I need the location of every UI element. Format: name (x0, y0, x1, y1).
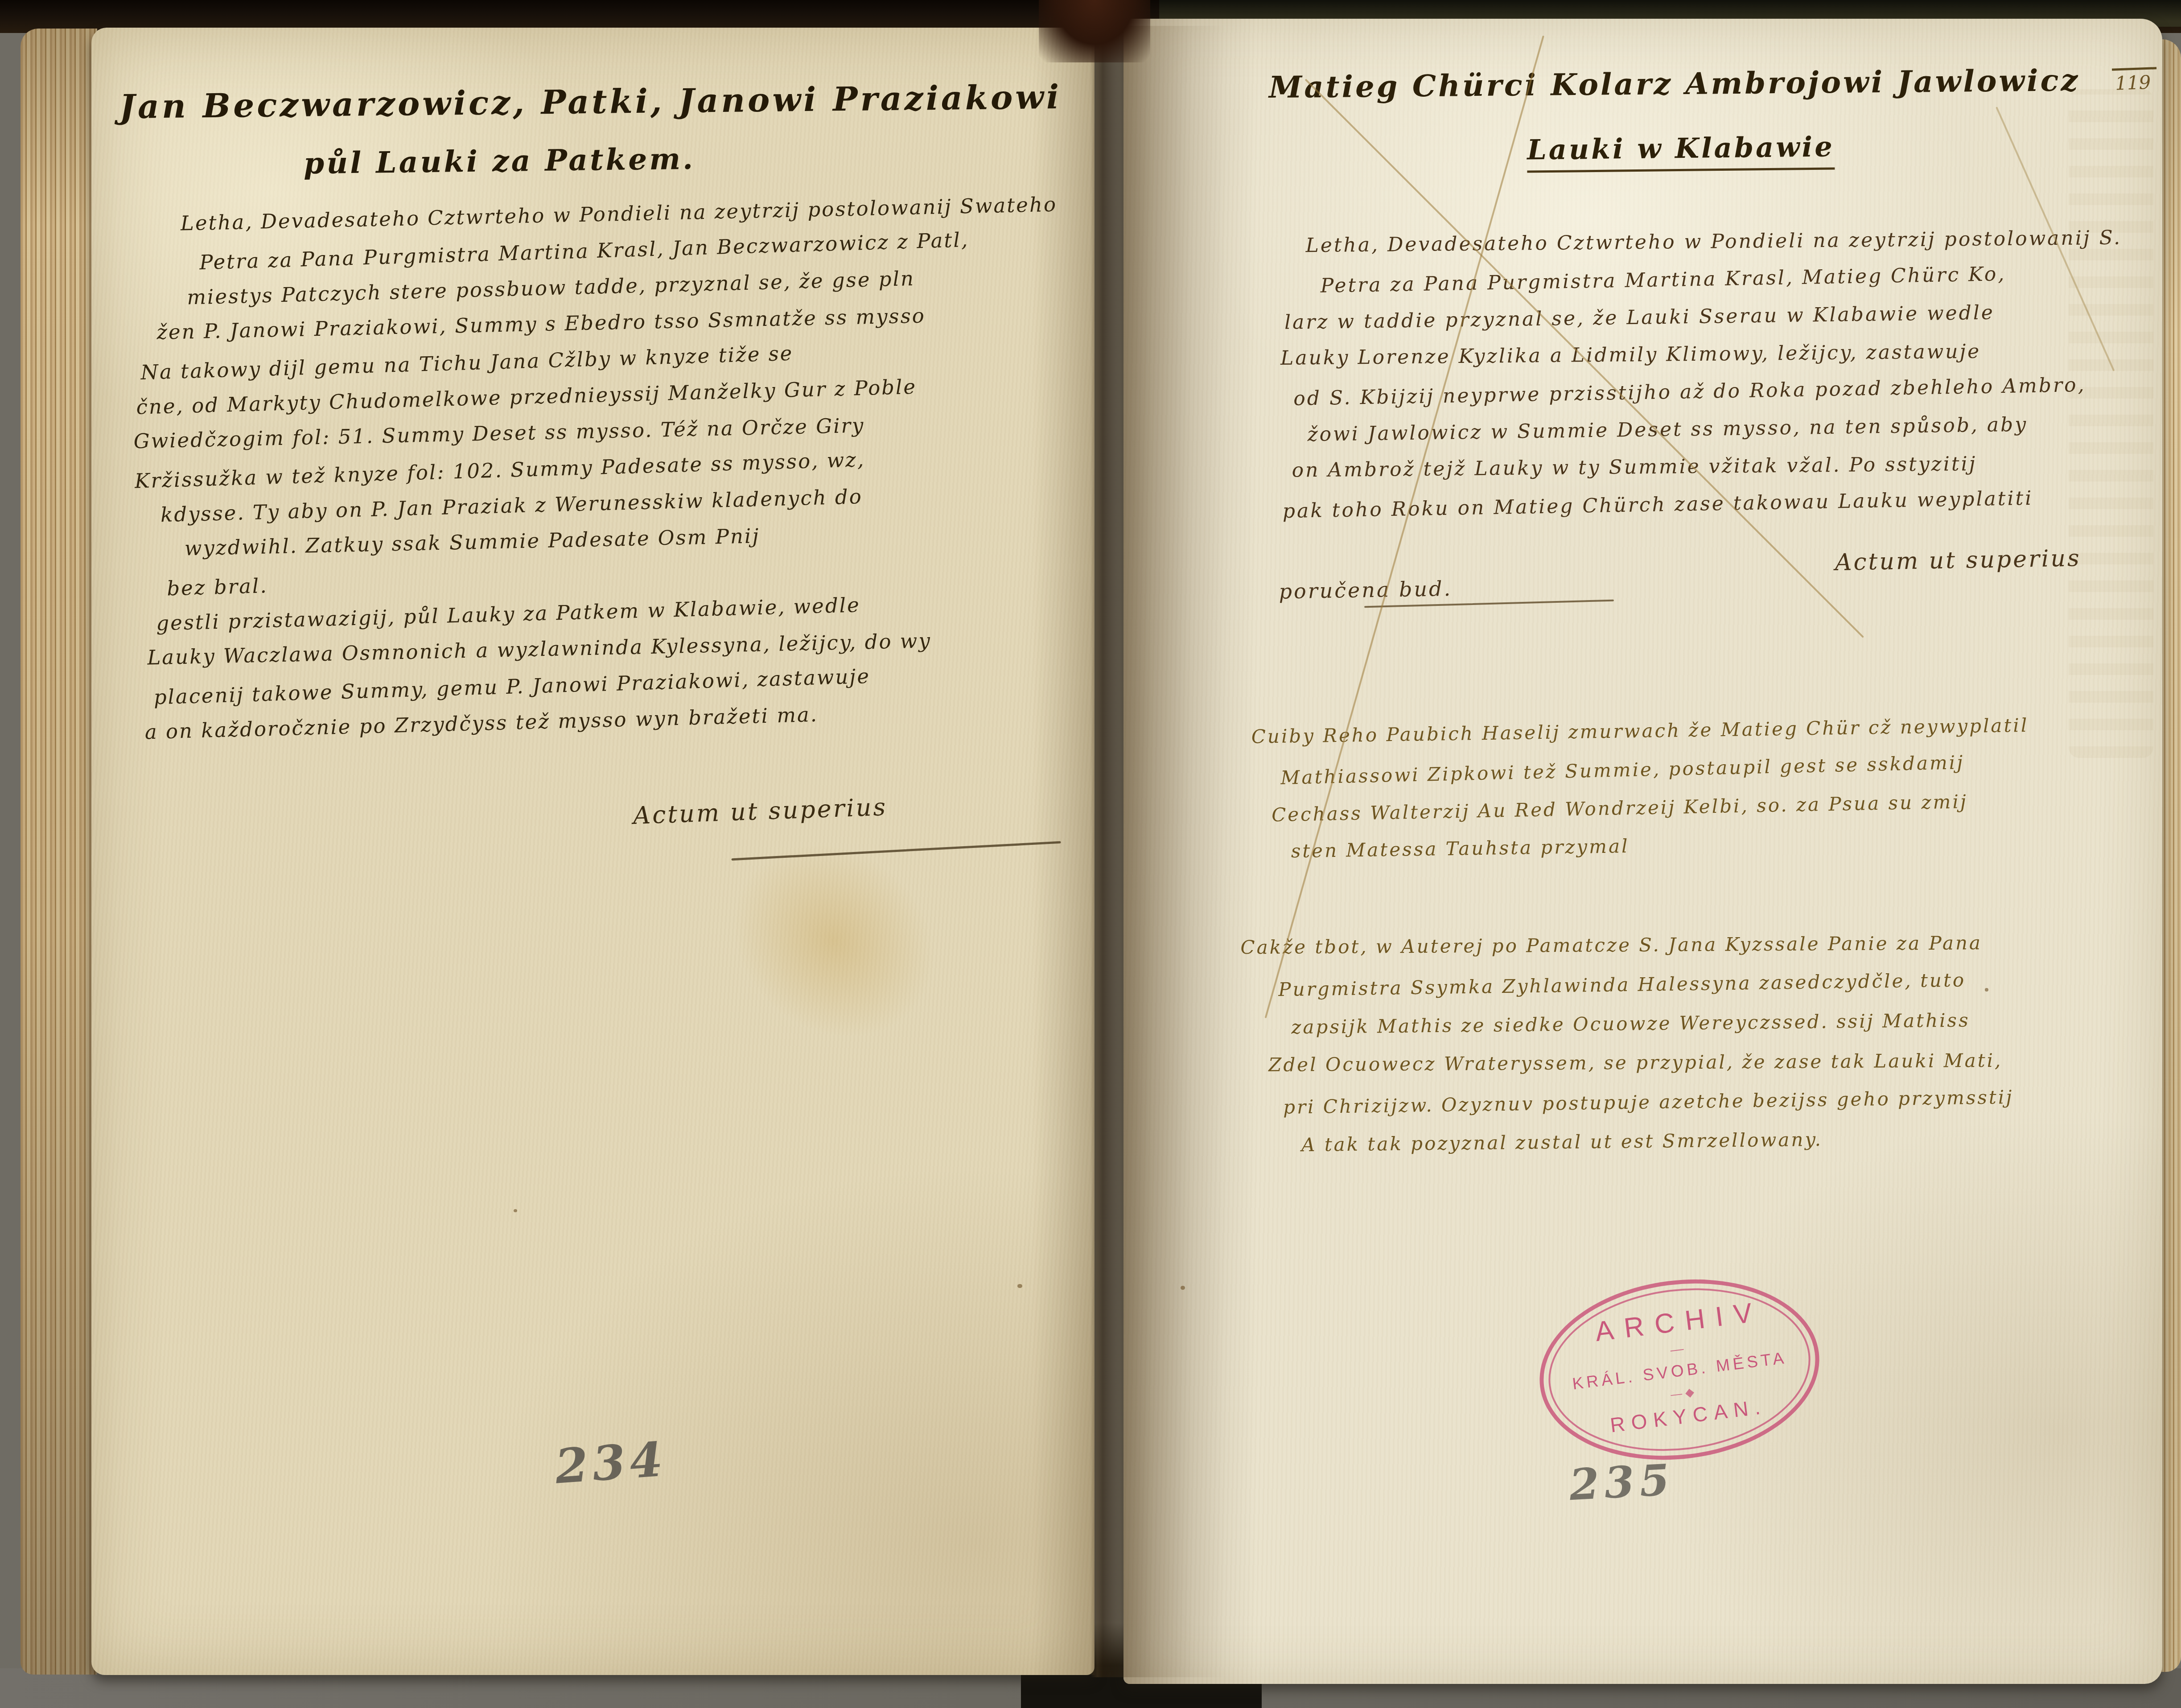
right-page-left-tail: poručena bud. (1279, 576, 1452, 604)
ink-speck (1181, 1286, 1185, 1290)
right-page-heading-line2: Lauki w Klabawie (1346, 128, 2016, 175)
right-page-second-paragraph: Cuiby Reho Paubich Haselij zmurwach že M… (1251, 703, 2110, 873)
right-page-third-paragraph: Cakže tbot, w Auterej po Pamatcze S. Jan… (1222, 921, 2107, 1165)
ink-speck (514, 1209, 517, 1212)
right-page-entry-paragraph: Letha, Devadesateho Cztwrteho w Pondieli… (1279, 218, 2116, 529)
right-page-closing-formula: Actum ut superius (1835, 545, 2081, 576)
ink-speck (1017, 1284, 1022, 1288)
fore-edge-left (21, 29, 97, 1675)
left-page-entry-paragraph: Letha, Devadesateho Cztwrteho w Pondieli… (128, 184, 1091, 750)
spine-top-shadow (1039, 0, 1150, 62)
folio-number: 119 (2112, 67, 2157, 94)
gutter-shadow (1090, 26, 1226, 1677)
archive-oval-stamp: ARCHIV — KRÁL. SVOB. MĚSTA — ◆ ROKYCAN. (1529, 1264, 1830, 1475)
left-page-pencil-number: 234 (553, 1431, 669, 1494)
right-page-heading-line1: Matieg Chürci Kolarz Ambrojowi Jawlowicz (1269, 62, 2099, 105)
manuscript-book-scan: Jan Beczwarzowicz, Patki, Janowi Praziak… (0, 0, 2181, 1708)
right-page-heading-underlined: Lauki w Klabawie (1527, 130, 1835, 173)
